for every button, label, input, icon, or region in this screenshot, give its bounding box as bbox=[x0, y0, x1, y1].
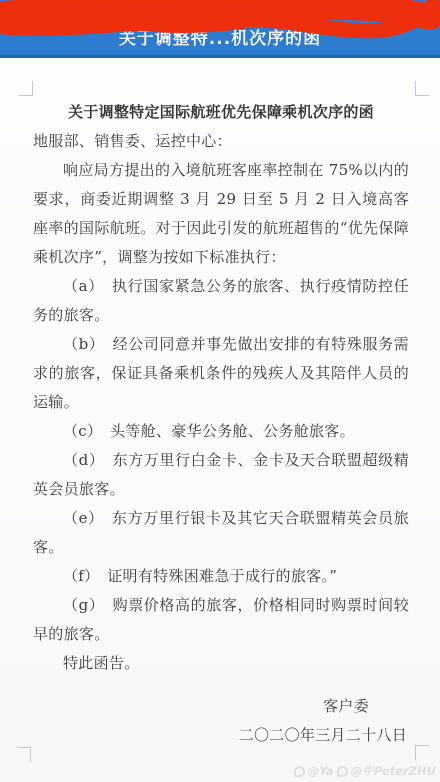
intro-paragraph: 响应局方提出的入境航班客座率控制在 75%以内的要求，商委近期调整 3 月 29… bbox=[33, 156, 409, 272]
list-item-b: （b） 经公司同意并事先做出安排的有特殊服务需求的旅客，保证具备乘机条件的残疾人… bbox=[33, 330, 409, 417]
watermark-text-left: @Ya bbox=[308, 764, 334, 778]
list-item-c: （c） 头等舱、豪华公务舱、公务舱旅客。 bbox=[33, 417, 409, 446]
signature-department: 客户委 bbox=[33, 692, 409, 721]
list-item-e: （e） 东方万里行银卡及其它天合联盟精英会员旅客。 bbox=[33, 504, 409, 562]
list-item-a: （a） 执行国家紧急公务的旅客、执行疫情防控任务的旅客。 bbox=[33, 272, 409, 330]
list-item-d: （d） 东方万里行白金卡、金卡及天合联盟超级精英会员旅客。 bbox=[33, 446, 409, 504]
weibo-watermark: @Ya @牛PeterZHU bbox=[294, 763, 436, 779]
watermark-text-right: @牛PeterZHU bbox=[351, 763, 436, 779]
weibo-icon bbox=[337, 766, 348, 777]
signature-block: 客户委 二〇二〇年三月二十八日 bbox=[33, 692, 409, 750]
window-title: 关于调整特...机次序的函 bbox=[119, 24, 321, 49]
document-page: 关于调整特定国际航班优先保障乘机次序的函 地服部、销售委、运控中心： 响应局方提… bbox=[0, 58, 440, 782]
signature-date: 二〇二〇年三月二十八日 bbox=[33, 721, 409, 750]
list-item-g: （g） 购票价格高的旅客，价格相同时购票时间较早的旅客。 bbox=[33, 591, 409, 649]
letter-body: 关于调整特定国际航班优先保障乘机次序的函 地服部、销售委、运控中心： 响应局方提… bbox=[0, 58, 440, 750]
salutation: 地服部、销售委、运控中心： bbox=[33, 127, 409, 156]
list-item-f: （f） 证明有特殊困难急于成行的旅客。” bbox=[33, 562, 409, 591]
closing-line: 特此函告。 bbox=[33, 649, 409, 678]
document-title: 关于调整特定国际航班优先保障乘机次序的函 bbox=[33, 98, 409, 127]
screenshot-root: 关于调整特...机次序的函 关于调整特定国际航班优先保障乘机次序的函 地服部、销… bbox=[0, 0, 440, 782]
weibo-eye-icon bbox=[294, 766, 305, 777]
window-titlebar: 关于调整特...机次序的函 bbox=[0, 0, 440, 58]
